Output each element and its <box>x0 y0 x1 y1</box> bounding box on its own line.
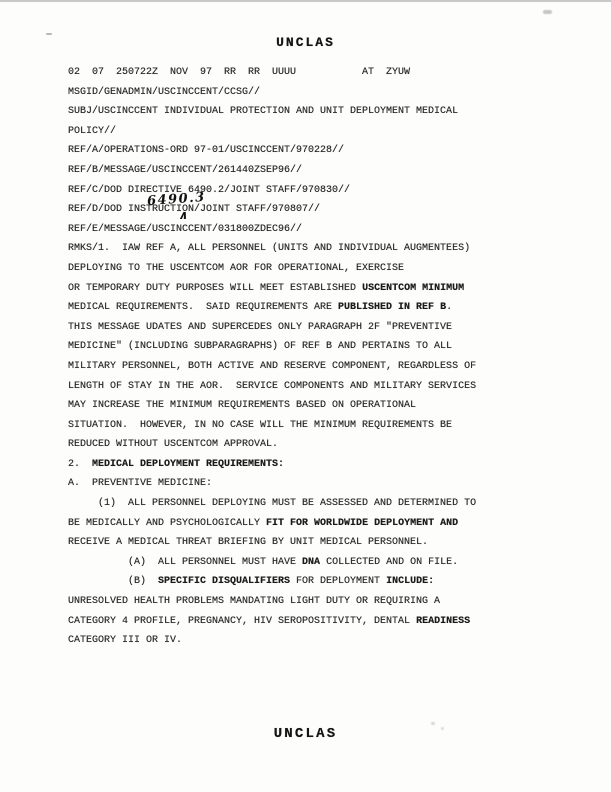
document-line: MAY INCREASE THE MINIMUM REQUIREMENTS BA… <box>68 396 588 416</box>
document-line: CATEGORY 4 PROFILE, PREGNANCY, HIV SEROP… <box>68 612 588 632</box>
document-line: REF/E/MESSAGE/USCINCCENT/031800ZDEC96// <box>68 220 588 240</box>
document-line: THIS MESSAGE UDATES AND SUPERCEDES ONLY … <box>68 318 588 338</box>
document-line: (A) ALL PERSONNEL MUST HAVE DNA COLLECTE… <box>68 553 588 573</box>
document-line: 2. MEDICAL DEPLOYMENT REQUIREMENTS: <box>68 455 588 475</box>
scan-artifact <box>543 10 552 14</box>
classification-banner-top: UNCLAS <box>0 35 611 50</box>
document-line: MSGID/GENADMIN/USCINCCENT/CCSG// <box>68 83 588 103</box>
document-line: CATEGORY III OR IV. <box>68 631 588 651</box>
document-line: SITUATION. HOWEVER, IN NO CASE WILL THE … <box>68 416 588 436</box>
document-line: REF/D/DOD INSTRUCTION/JOINT STAFF/970807… <box>68 200 588 220</box>
document-line: DEPLOYING TO THE USCENTCOM AOR FOR OPERA… <box>68 259 588 279</box>
document-line: SUBJ/USCINCCENT INDIVIDUAL PROTECTION AN… <box>68 102 588 122</box>
document-line: (B) SPECIFIC DISQUALIFIERS FOR DEPLOYMEN… <box>68 572 588 592</box>
scan-edge-line <box>0 0 611 2</box>
document-line: 02 07 250722Z NOV 97 RR RR UUUU AT ZYUW <box>68 63 588 83</box>
document-line: REF/B/MESSAGE/USCINCCENT/261440ZSEP96// <box>68 161 588 181</box>
document-line: REF/A/OPERATIONS-ORD 97-01/USCINCCENT/97… <box>68 141 588 161</box>
document-line: UNRESOLVED HEALTH PROBLEMS MANDATING LIG… <box>68 592 588 612</box>
document-line: RMKS/1. IAW REF A, ALL PERSONNEL (UNITS … <box>68 239 588 259</box>
scanned-message-page: UNCLAS 02 07 250722Z NOV 97 RR RR UUUU A… <box>0 0 611 792</box>
document-line: REDUCED WITHOUT USCENTCOM APPROVAL. <box>68 435 588 455</box>
message-body: 02 07 250722Z NOV 97 RR RR UUUU AT ZYUWM… <box>68 63 588 651</box>
document-line: OR TEMPORARY DUTY PURPOSES WILL MEET EST… <box>68 279 588 299</box>
document-line: MILITARY PERSONNEL, BOTH ACTIVE AND RESE… <box>68 357 588 377</box>
classification-banner-bottom: UNCLAS <box>0 726 611 742</box>
document-line: LENGTH OF STAY IN THE AOR. SERVICE COMPO… <box>68 377 588 397</box>
document-line: MEDICAL REQUIREMENTS. SAID REQUIREMENTS … <box>68 298 588 318</box>
document-line: (1) ALL PERSONNEL DEPLOYING MUST BE ASSE… <box>68 494 588 514</box>
scan-artifact <box>431 722 435 725</box>
document-line: MEDICINE" (INCLUDING SUBPARAGRAPHS) OF R… <box>68 337 588 357</box>
document-line: A. PREVENTIVE MEDICINE: <box>68 474 588 494</box>
document-line: RECEIVE A MEDICAL THREAT BRIEFING BY UNI… <box>68 533 588 553</box>
document-line: POLICY// <box>68 122 588 142</box>
document-line: BE MEDICALLY AND PSYCHOLOGICALLY FIT FOR… <box>68 514 588 534</box>
